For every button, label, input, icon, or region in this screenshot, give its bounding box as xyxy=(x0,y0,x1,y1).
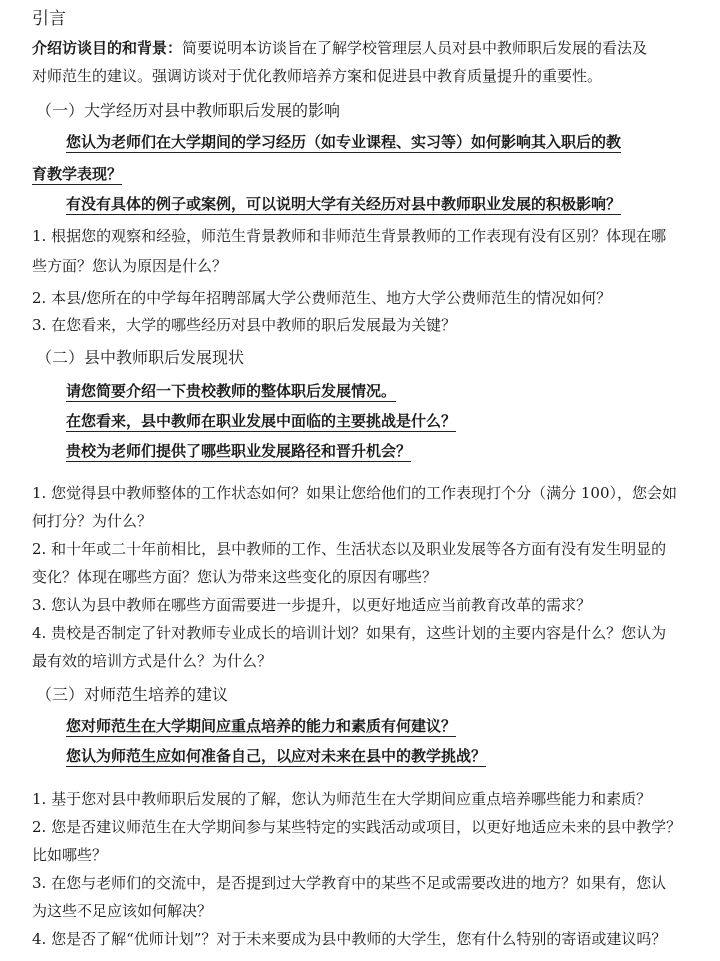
section-1-key-question-1: 您认为老师们在大学期间的学习经历（如专业课程、实习等）如何影响其入职后的教 xyxy=(66,132,621,152)
section-1-question-2: 2. 本县/您所在的中学每年招聘部属大学公费师范生、地方大学公费师范生的情况如何… xyxy=(32,288,611,308)
section-1-key-question-2: 有没有具体的例子或案例，可以说明大学有关经历对县中教师职业发展的积极影响？ xyxy=(66,194,621,214)
section-3-title: （三）对师范生培养的建议 xyxy=(36,685,228,705)
section-3-question-2-cont: 比如哪些？ xyxy=(32,845,107,865)
section-1-title: （一）大学经历对县中教师职后发展的影响 xyxy=(36,101,340,121)
section-2-question-1: 1. 您觉得县中教师整体的工作状态如何？如果让您给他们的工作表现打个分（满分 1… xyxy=(32,483,677,503)
section-2-question-1-cont: 何打分？为什么？ xyxy=(32,511,152,531)
section-3-key-question-2: 您认为师范生应如何准备自己，以应对未来在县中的教学挑战？ xyxy=(66,746,486,766)
section-2-key-question-1: 请您简要介绍一下贵校教师的整体职后发展情况。 xyxy=(66,381,396,401)
intro-text: 简要说明本访谈旨在了解学校管理层人员对县中教师职后发展的看法及 xyxy=(182,39,647,57)
section-2-question-4-cont: 最有效的培训方式是什么？为什么？ xyxy=(32,651,272,671)
section-3-question-1: 1. 基于您对县中教师职后发展的了解，您认为师范生在大学期间应重点培养哪些能力和… xyxy=(32,789,651,809)
section-1-question-1-cont: 些方面？您认为原因是什么？ xyxy=(32,256,227,276)
section-2-question-2-cont: 变化？体现在哪些方面？您认为带来这些变化的原因有哪些？ xyxy=(32,567,437,587)
section-3-question-3: 3. 在您与老师们的交流中，是否提到过大学教育中的某些不足或需要改进的地方？如果… xyxy=(32,873,666,893)
intro-label: 介绍访谈目的和背景： xyxy=(32,39,182,57)
section-3-question-4: 4. 您是否了解“优师计划”？对于未来要成为县中教师的大学生，您有什么特别的寄语… xyxy=(32,929,666,949)
section-1-question-1: 1. 根据您的观察和经验，师范生背景教师和非师范生背景教师的工作表现有没有区别？… xyxy=(32,226,666,246)
section-3-key-question-1: 您对师范生在大学期间应重点培养的能力和素质有何建议？ xyxy=(66,716,456,736)
section-3-question-3-cont: 为这些不足应该如何解决？ xyxy=(32,901,212,921)
section-2-key-question-2: 在您看来，县中教师在职业发展中面临的主要挑战是什么？ xyxy=(66,411,456,431)
section-1-question-3: 3. 在您看来，大学的哪些经历对县中教师的职后发展最为关键？ xyxy=(32,315,456,335)
section-2-question-4: 4. 贵校是否制定了针对教师专业成长的培训计划？如果有，这些计划的主要内容是什么… xyxy=(32,623,666,643)
section-2-title: （二）县中教师职后发展现状 xyxy=(36,348,244,368)
section-2-question-3: 3. 您认为县中教师在哪些方面需要进一步提升，以更好地适应当前教育改革的需求？ xyxy=(32,595,591,615)
section-3-question-2: 2. 您是否建议师范生在大学期间参与某些特定的实践活动或项目，以更好地适应未来的… xyxy=(32,817,681,837)
intro-paragraph-line-1: 介绍访谈目的和背景：简要说明本访谈旨在了解学校管理层人员对县中教师职后发展的看法… xyxy=(32,38,647,58)
section-2-question-2: 2. 和十年或二十年前相比，县中教师的工作、生活状态以及职业发展等各方面有没有发… xyxy=(32,539,666,559)
section-2-key-question-3: 贵校为老师们提供了哪些职业发展路径和晋升机会？ xyxy=(66,441,411,461)
intro-paragraph-line-2: 对师范生的建议。强调访谈对于优化教师培养方案和促进县中教育质量提升的重要性。 xyxy=(32,66,602,86)
section-1-key-question-1-cont: 育教学表现？ xyxy=(32,164,122,184)
intro-title: 引言 xyxy=(32,9,66,29)
